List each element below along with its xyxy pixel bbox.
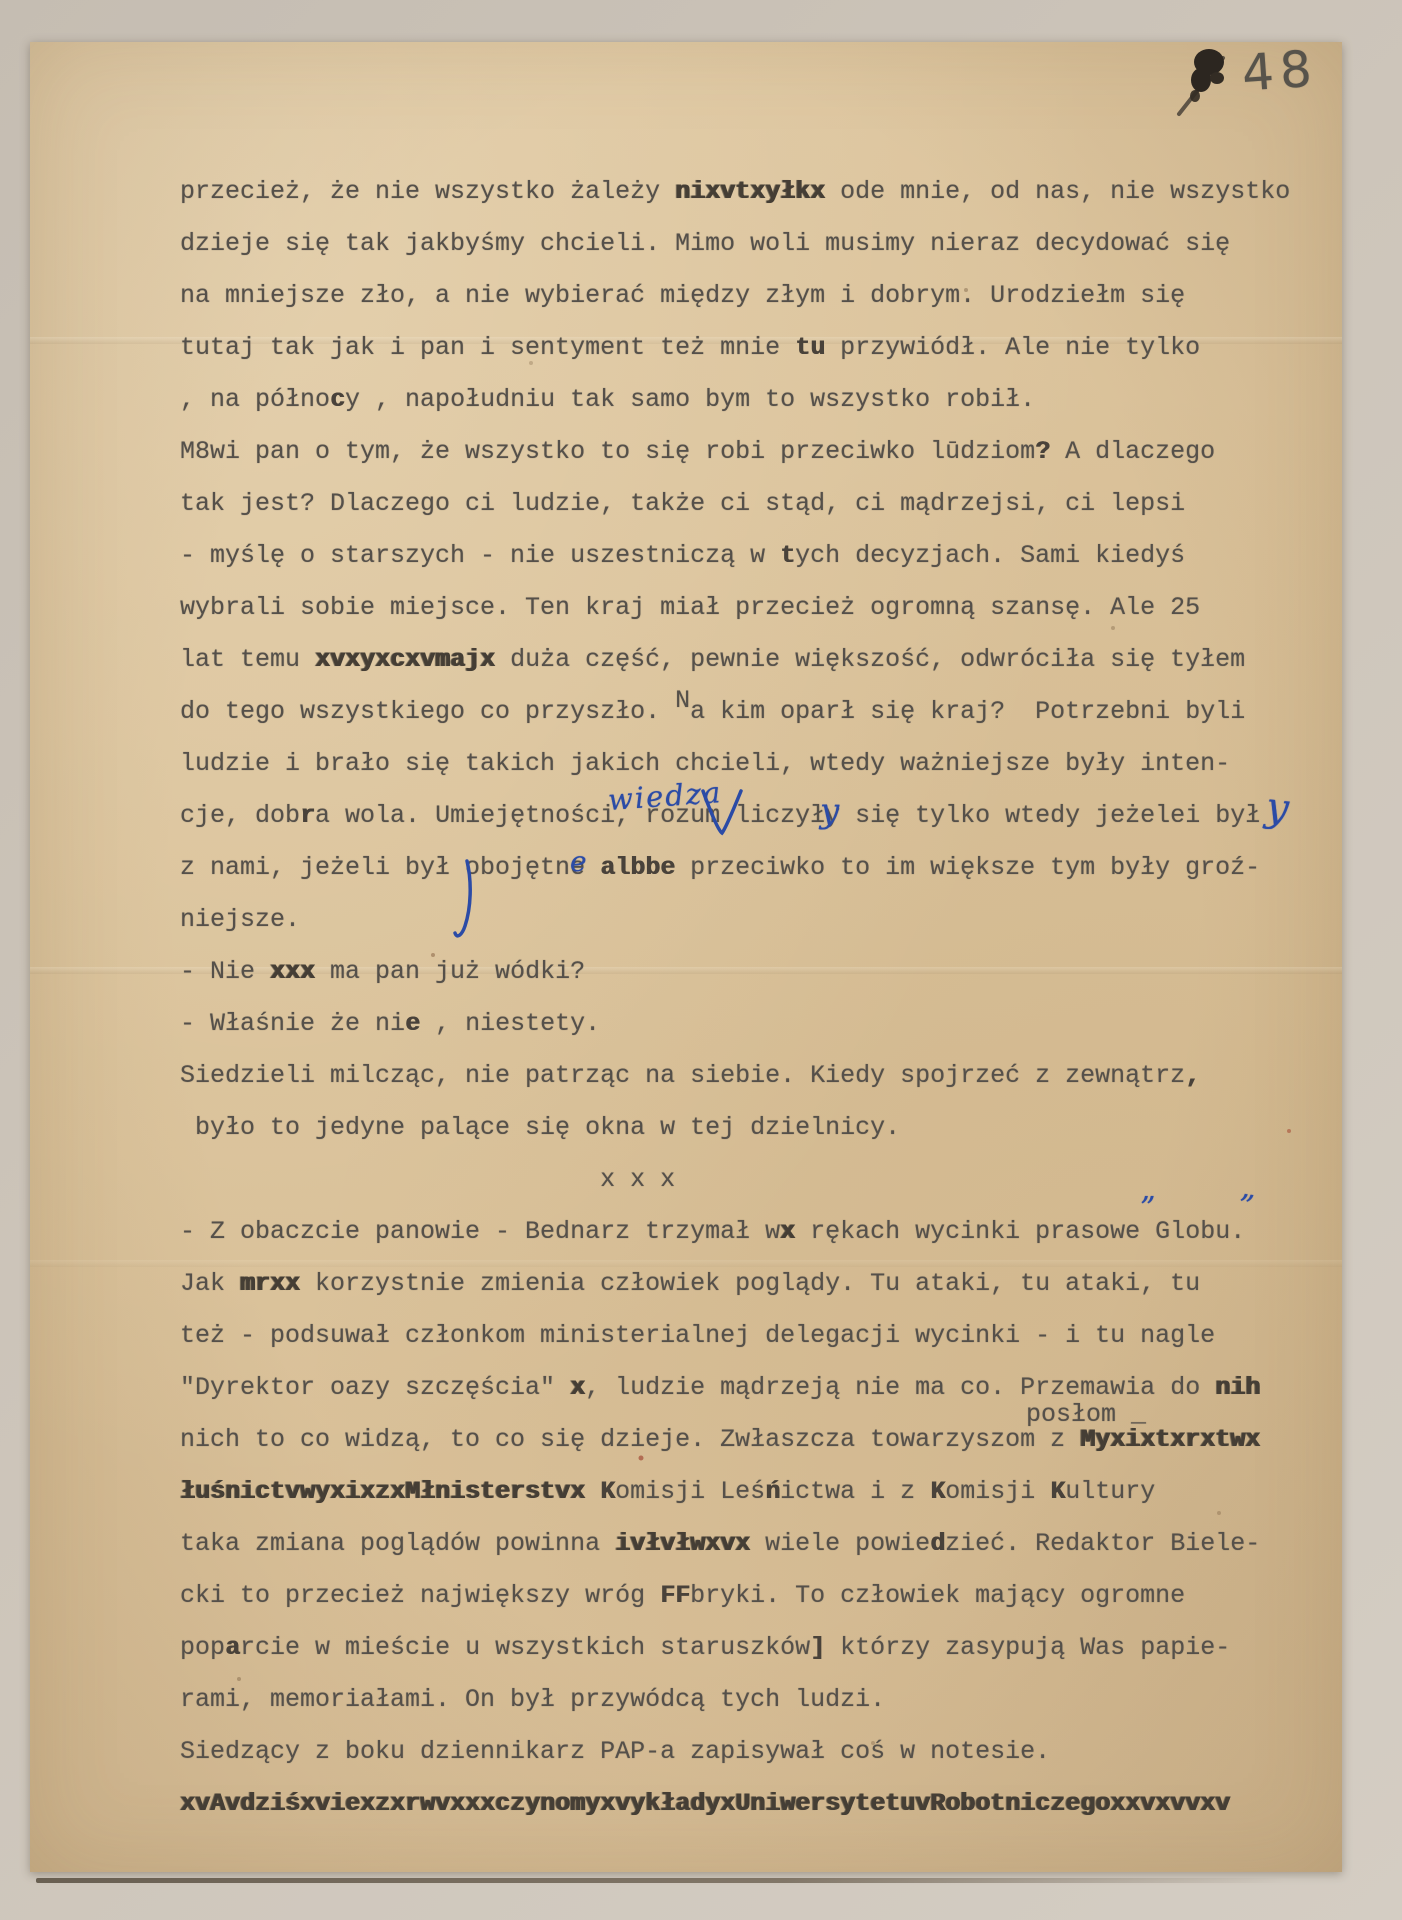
text-segment: - Właśnie że ni: [180, 1009, 405, 1038]
text-segment: K: [1050, 1477, 1065, 1506]
typed-line: - Z obaczcie panowie - Bednarz trzymał w…: [180, 1206, 1290, 1258]
text-segment: N: [675, 686, 690, 715]
page-number: 48: [1240, 39, 1319, 102]
typed-line: poparcie w mieście u wszystkich staruszk…: [180, 1622, 1290, 1674]
typed-line: niejsze.: [180, 894, 1290, 946]
text-segment: e: [405, 1009, 420, 1038]
typed-line: tutaj tak jak i pan i sentyment też mnie…: [180, 322, 1290, 374]
typed-line: - Właśnie że nie , niestety.: [180, 998, 1290, 1050]
typed-line: dzieje się tak jakbyśmy chcieli. Mimo wo…: [180, 218, 1290, 270]
text-segment: nih: [1215, 1373, 1260, 1402]
text-segment: Jak: [180, 1269, 240, 1298]
text-segment: xxx: [270, 957, 315, 986]
typed-line: tak jest? Dlaczego ci ludzie, także ci s…: [180, 478, 1290, 530]
text-segment: FF: [660, 1581, 690, 1610]
typed-line: na mniejsze zło, a nie wybierać między z…: [180, 270, 1290, 322]
handwritten-open-quote: ”: [1140, 1194, 1155, 1224]
text-segment: "Dyrektor oazy szczęścia": [180, 1373, 570, 1402]
text-segment: cje, dob: [180, 801, 300, 830]
text-segment: Siedzieli milcząc, nie patrząc na siebie…: [180, 1061, 1185, 1090]
typed-line: , na północy , napołudniu tak samo bym t…: [180, 374, 1290, 426]
text-segment: rękach wycinki prasowe Globu.: [795, 1217, 1245, 1246]
typed-line: do tego wszystkiego co przyszło. Na kim …: [180, 686, 1290, 738]
typed-line: M8wi pan o tym, że wszystko to się robi …: [180, 426, 1290, 478]
text-segment: bryki. To człowiek mający ogromne: [690, 1581, 1185, 1610]
text-segment: mrxx: [240, 1269, 300, 1298]
text-segment: ,: [1185, 1061, 1200, 1090]
text-segment: , na półno: [180, 385, 330, 414]
text-segment: z nami, jeżeli był obojętne: [180, 853, 600, 882]
text-segment: też - podsuwał członkom ministerialnej d…: [180, 1321, 1215, 1350]
typed-line: x x x: [180, 1154, 1290, 1206]
typed-line: nich to co widzą, to co się dzieje. Zwła…: [180, 1414, 1290, 1466]
text-segment: cki to przecież największy wróg: [180, 1581, 660, 1610]
text-segment: xvAvdziśxviexzxrwvxxxczynomyxvykładyxUni…: [180, 1789, 1230, 1818]
text-segment: ludzie i brało się takich jakich chcieli…: [180, 749, 1230, 778]
text-segment: taka zmiana poglądów powinna: [180, 1529, 615, 1558]
text-segment: , ludzie mądrzeją nie ma co. Przemawia d…: [585, 1373, 1215, 1402]
text-segment: ?: [1035, 437, 1050, 466]
text-segment: K: [600, 1477, 615, 1506]
typed-line: przecież, że nie wszystko żależy nixvtxy…: [180, 166, 1290, 218]
text-segment: tu: [795, 333, 825, 362]
text-segment: przeciwko to im większe tym były groź-: [675, 853, 1260, 882]
text-segment: do tego wszystkiego co przyszło.: [180, 697, 675, 726]
handwritten-close-quote: ”: [1236, 1191, 1255, 1223]
text-segment: x: [780, 1217, 795, 1246]
text-segment: wiele powie: [750, 1529, 930, 1558]
typed-line: cki to przecież największy wróg FFbryki.…: [180, 1570, 1290, 1622]
text-segment: ]: [810, 1633, 825, 1662]
typed-line: wybrali sobie miejsce. Ten kraj miał prz…: [180, 582, 1290, 634]
text-segment: Siedzący z boku dziennikarz PAP-a zapisy…: [180, 1737, 1050, 1766]
typed-line: taka zmiana poglądów powinna ivłvłwxvx w…: [180, 1518, 1290, 1570]
text-segment: t: [780, 541, 795, 570]
scanned-document-screenshot: { "page": { "page_number": "48", "divide…: [0, 0, 1402, 1920]
typed-line: lat temu xvxyxcxvmajx duża część, pewnie…: [180, 634, 1290, 686]
text-segment: ma pan już wódki?: [315, 957, 585, 986]
typed-text: przecież, że nie wszystko żależy nixvtxy…: [180, 166, 1290, 1830]
text-segment: niejsze.: [180, 905, 300, 934]
text-segment: ode mnie, od nas, nie wszystko: [825, 177, 1290, 206]
text-segment: xvxyxcxvmajx: [315, 645, 495, 674]
text-segment: K: [930, 1477, 945, 1506]
text-segment: łuśnictvwyxixzxMłnisterstvx: [180, 1477, 585, 1506]
text-segment: [585, 1477, 600, 1506]
text-segment: rami, memoriałami. On był przywódcą tych…: [180, 1685, 885, 1714]
typed-line: ludzie i brało się takich jakich chcieli…: [180, 738, 1290, 790]
text-segment: x x x: [180, 1165, 675, 1194]
text-segment: ictwa i z: [780, 1477, 930, 1506]
typed-line: rami, memoriałami. On był przywódcą tych…: [180, 1674, 1290, 1726]
text-segment: - Nie: [180, 957, 270, 986]
text-segment: a kim oparł się kraj? Potrzebni byli: [690, 697, 1245, 726]
text-segment: którzy zasypują Was papie-: [825, 1633, 1230, 1662]
text-segment: - Z obaczcie panowie - Bednarz trzymał w: [180, 1217, 780, 1246]
text-segment: tutaj tak jak i pan i sentyment też mnie: [180, 333, 795, 362]
text-segment: ych decyzjach. Sami kiedyś: [795, 541, 1185, 570]
text-segment: ivłvłwxvx: [615, 1529, 750, 1558]
text-segment: ultury: [1065, 1477, 1155, 1506]
typed-line: Siedzący z boku dziennikarz PAP-a zapisy…: [180, 1726, 1290, 1778]
paper-specks: [30, 42, 32, 44]
text-segment: , niestety.: [420, 1009, 600, 1038]
typed-line: Siedzieli milcząc, nie patrząc na siebie…: [180, 1050, 1290, 1102]
under-sheet-edge: [36, 1878, 1284, 1883]
text-segment: - myślę o starszych - nie uszestniczą w: [180, 541, 780, 570]
text-segment: wybrali sobie miejsce. Ten kraj miał prz…: [180, 593, 1200, 622]
text-segment: d: [930, 1529, 945, 1558]
text-segment: c: [330, 385, 345, 414]
text-segment: przecież, że nie wszystko żależy: [180, 177, 675, 206]
typed-line: cje, dobra wola. Umiejętności, rozum lic…: [180, 790, 1290, 842]
text-segment: y , napołudniu tak samo bym to wszystko …: [345, 385, 1035, 414]
text-segment: było to jedyne palące się okna w tej dzi…: [180, 1113, 900, 1142]
text-segment: a wola. Umiejętności, rozum liczyły się …: [315, 801, 1260, 830]
text-segment: a: [225, 1633, 240, 1662]
text-segment: A dlaczego: [1050, 437, 1215, 466]
text-segment: albbe: [600, 853, 675, 882]
typed-insertion-poslom: posłom _: [1026, 1402, 1146, 1427]
text-segment: M8wi pan o tym, że wszystko to się robi …: [180, 437, 1035, 466]
typed-line: xvAvdziśxviexzxrwvxxxczynomyxvykładyxUni…: [180, 1778, 1290, 1830]
text-segment: tak jest? Dlaczego ci ludzie, także ci s…: [180, 489, 1185, 518]
text-segment: duża część, pewnie większość, odwróciła …: [495, 645, 1245, 674]
typed-line: - myślę o starszych - nie uszestniczą w …: [180, 530, 1290, 582]
document-page: 48 przecież, że nie wszystko żależy nixv…: [30, 42, 1342, 1872]
typed-line: - Nie xxx ma pan już wódki?: [180, 946, 1290, 998]
handwritten-letter-y: y: [820, 794, 839, 828]
typed-line: było to jedyne palące się okna w tej dzi…: [180, 1102, 1290, 1154]
ink-blot-crossed-number: [1165, 44, 1245, 122]
insertion-caret-mark: [700, 786, 744, 840]
text-segment: x: [570, 1373, 585, 1402]
text-segment: omisji: [945, 1477, 1050, 1506]
text-segment: zieć. Redaktor Biele-: [945, 1529, 1260, 1558]
text-segment: lat temu: [180, 645, 315, 674]
text-segment: przywiódł. Ale nie tylko: [825, 333, 1200, 362]
handwritten-letter-y-line-end: y: [1264, 787, 1291, 829]
typed-line: łuśnictvwyxixzxMłnisterstvx Komisji Leśń…: [180, 1466, 1290, 1518]
text-segment: dzieje się tak jakbyśmy chcieli. Mimo wo…: [180, 229, 1230, 258]
text-segment: r: [300, 801, 315, 830]
text-segment: Myxixtxrxtwx: [1080, 1425, 1260, 1454]
text-segment: nixvtxyłkx: [675, 177, 825, 206]
typed-line: Jak mrxx korzystnie zmienia człowiek pog…: [180, 1258, 1290, 1310]
text-segment: na mniejsze zło, a nie wybierać między z…: [180, 281, 1185, 310]
text-segment: ń: [765, 1477, 780, 1506]
text-segment: pop: [180, 1633, 225, 1662]
typed-line: z nami, jeżeli był obojętne albbe przeci…: [180, 842, 1290, 894]
text-segment: nich to co widzą, to co się dzieje. Zwła…: [180, 1425, 1080, 1454]
text-segment: korzystnie zmienia człowiek poglądy. Tu …: [300, 1269, 1200, 1298]
text-segment: rcie w mieście u wszystkich staruszków: [240, 1633, 810, 1662]
text-segment: omisji Leś: [615, 1477, 765, 1506]
typed-line: też - podsuwał członkom ministerialnej d…: [180, 1310, 1290, 1362]
handwritten-letter-e: e: [570, 848, 587, 876]
